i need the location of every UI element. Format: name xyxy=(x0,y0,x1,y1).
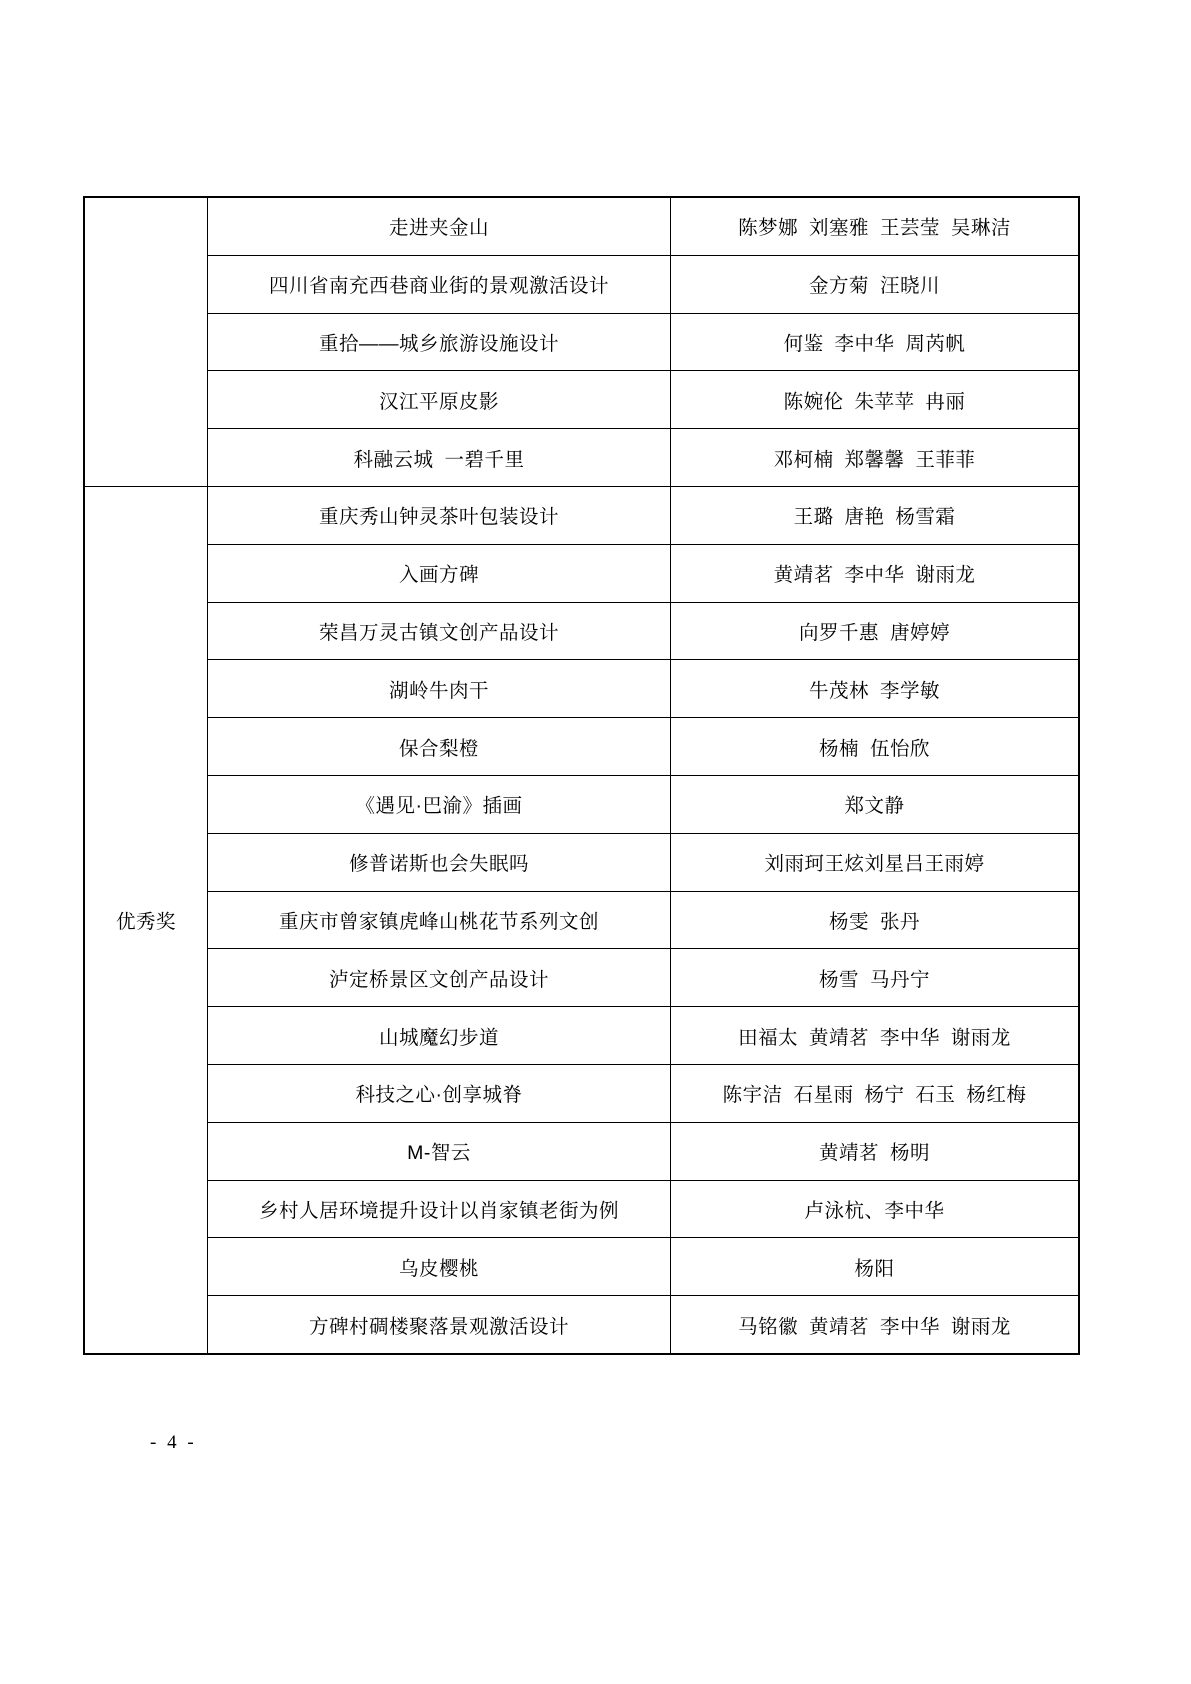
table-row: 湖岭牛肉干 牛茂林 李学敏 xyxy=(84,660,1079,718)
page-number: - 4 - xyxy=(150,1432,197,1454)
project-title: 重拾——城乡旅游设施设计 xyxy=(208,313,671,371)
project-authors: 牛茂林 李学敏 xyxy=(671,660,1080,718)
award-category-cell: 优秀奖 xyxy=(84,486,208,1353)
project-title: 保合梨橙 xyxy=(208,718,671,776)
project-title: 修普诺斯也会失眠吗 xyxy=(208,833,671,891)
project-title: 四川省南充西巷商业街的景观激活设计 xyxy=(208,255,671,313)
project-authors: 邓柯楠 郑馨馨 王菲菲 xyxy=(671,429,1080,487)
project-title: M-智云 xyxy=(208,1122,671,1180)
table-row: 四川省南充西巷商业街的景观激活设计 金方菊 汪晓川 xyxy=(84,255,1079,313)
project-title: 方碑村碉楼聚落景观激活设计 xyxy=(208,1296,671,1354)
project-title: 入画方碑 xyxy=(208,544,671,602)
project-title: 走进夹金山 xyxy=(208,197,671,255)
table-row: 泸定桥景区文创产品设计 杨雪 马丹宁 xyxy=(84,949,1079,1007)
project-authors: 金方菊 汪晓川 xyxy=(671,255,1080,313)
table-row: 科融云城 一碧千里 邓柯楠 郑馨馨 王菲菲 xyxy=(84,429,1079,487)
project-authors: 陈梦娜 刘塞雅 王芸莹 吴琳洁 xyxy=(671,197,1080,255)
project-title: 科融云城 一碧千里 xyxy=(208,429,671,487)
project-authors: 卢泳杭、李中华 xyxy=(671,1180,1080,1238)
project-title: 泸定桥景区文创产品设计 xyxy=(208,949,671,1007)
table-row: 乡村人居环境提升设计以肖家镇老街为例 卢泳杭、李中华 xyxy=(84,1180,1079,1238)
project-title: 山城魔幻步道 xyxy=(208,1007,671,1065)
project-authors: 黄靖茗 杨明 xyxy=(671,1122,1080,1180)
project-title: 乌皮樱桃 xyxy=(208,1238,671,1296)
project-title: 湖岭牛肉干 xyxy=(208,660,671,718)
table-row: 荣昌万灵古镇文创产品设计 向罗千惠 唐婷婷 xyxy=(84,602,1079,660)
project-authors: 杨雯 张丹 xyxy=(671,891,1080,949)
project-authors: 刘雨珂王炫刘星吕王雨婷 xyxy=(671,833,1080,891)
project-title: 荣昌万灵古镇文创产品设计 xyxy=(208,602,671,660)
project-title: 汉江平原皮影 xyxy=(208,371,671,429)
award-results-table: 走进夹金山 陈梦娜 刘塞雅 王芸莹 吴琳洁 四川省南充西巷商业街的景观激活设计 … xyxy=(83,196,1080,1355)
table-row: 重拾——城乡旅游设施设计 何鉴 李中华 周芮帆 xyxy=(84,313,1079,371)
table-row: 乌皮樱桃 杨阳 xyxy=(84,1238,1079,1296)
table-row: M-智云 黄靖茗 杨明 xyxy=(84,1122,1079,1180)
table-row: 走进夹金山 陈梦娜 刘塞雅 王芸莹 吴琳洁 xyxy=(84,197,1079,255)
table-row: 优秀奖 重庆秀山钟灵茶叶包装设计 王璐 唐艳 杨雪霜 xyxy=(84,486,1079,544)
table-row: 《遇见·巴渝》插画 郑文静 xyxy=(84,775,1079,833)
project-authors: 向罗千惠 唐婷婷 xyxy=(671,602,1080,660)
project-title: 科技之心·创享城脊 xyxy=(208,1064,671,1122)
award-category-cell xyxy=(84,197,208,486)
project-authors: 杨阳 xyxy=(671,1238,1080,1296)
table-row: 山城魔幻步道 田福太 黄靖茗 李中华 谢雨龙 xyxy=(84,1007,1079,1065)
project-title: 乡村人居环境提升设计以肖家镇老街为例 xyxy=(208,1180,671,1238)
table-row: 汉江平原皮影 陈婉伦 朱苹苹 冉丽 xyxy=(84,371,1079,429)
project-authors: 郑文静 xyxy=(671,775,1080,833)
project-authors: 杨雪 马丹宁 xyxy=(671,949,1080,1007)
table-row: 重庆市曾家镇虎峰山桃花节系列文创 杨雯 张丹 xyxy=(84,891,1079,949)
table-row: 保合梨橙 杨楠 伍怡欣 xyxy=(84,718,1079,776)
project-authors: 何鉴 李中华 周芮帆 xyxy=(671,313,1080,371)
project-authors: 王璐 唐艳 杨雪霜 xyxy=(671,486,1080,544)
project-title: 《遇见·巴渝》插画 xyxy=(208,775,671,833)
project-authors: 杨楠 伍怡欣 xyxy=(671,718,1080,776)
table-row: 科技之心·创享城脊 陈宇洁 石星雨 杨宁 石玉 杨红梅 xyxy=(84,1064,1079,1122)
project-title: 重庆市曾家镇虎峰山桃花节系列文创 xyxy=(208,891,671,949)
table-row: 入画方碑 黄靖茗 李中华 谢雨龙 xyxy=(84,544,1079,602)
document-page: 走进夹金山 陈梦娜 刘塞雅 王芸莹 吴琳洁 四川省南充西巷商业街的景观激活设计 … xyxy=(0,0,1191,1684)
table-row: 修普诺斯也会失眠吗 刘雨珂王炫刘星吕王雨婷 xyxy=(84,833,1079,891)
project-authors: 黄靖茗 李中华 谢雨龙 xyxy=(671,544,1080,602)
project-authors: 陈婉伦 朱苹苹 冉丽 xyxy=(671,371,1080,429)
table-row: 方碑村碉楼聚落景观激活设计 马铭徽 黄靖茗 李中华 谢雨龙 xyxy=(84,1296,1079,1354)
project-title: 重庆秀山钟灵茶叶包装设计 xyxy=(208,486,671,544)
project-authors: 陈宇洁 石星雨 杨宁 石玉 杨红梅 xyxy=(671,1064,1080,1122)
project-authors: 田福太 黄靖茗 李中华 谢雨龙 xyxy=(671,1007,1080,1065)
project-authors: 马铭徽 黄靖茗 李中华 谢雨龙 xyxy=(671,1296,1080,1354)
